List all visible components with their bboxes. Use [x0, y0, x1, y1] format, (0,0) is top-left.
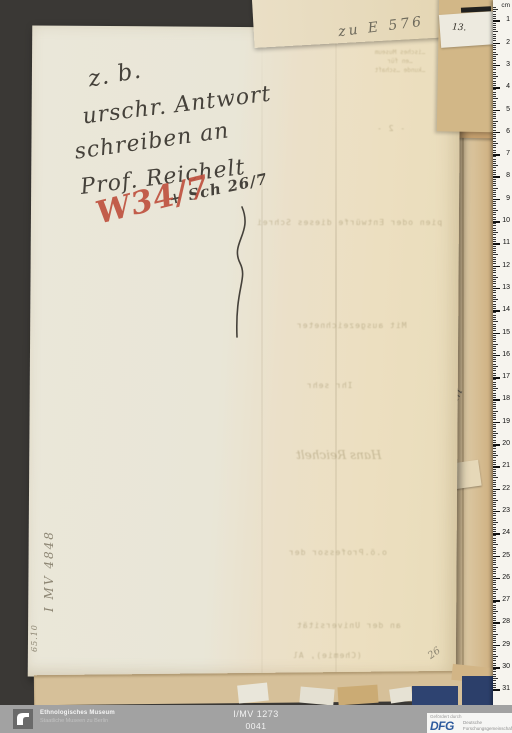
ruler-tick: [493, 190, 496, 191]
ruler-tick: [493, 500, 498, 501]
ruler-tick: [493, 589, 498, 590]
ruler-tick: [493, 680, 496, 681]
ruler-tick: [493, 188, 498, 189]
ruler-tick: [493, 551, 496, 552]
ruler-tick: [493, 147, 496, 148]
ruler-tick: [493, 569, 496, 570]
side-small-number: 65.10: [30, 624, 39, 652]
ruler-tick: [493, 105, 496, 106]
ruler-tick: [493, 428, 496, 429]
ruler-tick: [493, 361, 496, 362]
ruler-tick: [493, 406, 496, 407]
ruler-tick: [493, 304, 496, 305]
ruler-tick: [493, 263, 496, 264]
ruler-tick: [493, 339, 496, 340]
ruler-tick: [493, 669, 496, 670]
ruler-tick: [493, 435, 496, 436]
ruler-tick: [493, 250, 496, 251]
ruler-tick: [493, 103, 496, 104]
ruler-tick: [493, 196, 496, 197]
ruler-tick: [493, 179, 496, 180]
bleedthrough-signature: Hans Reichelt: [296, 448, 382, 462]
ruler-tick: [493, 237, 496, 238]
ruler-number: 23: [502, 507, 510, 515]
ruler-tick: [493, 326, 496, 327]
ruler-tick: [493, 98, 498, 99]
ruler-number: 24: [502, 529, 510, 537]
bottom-tan-piece: [337, 685, 378, 706]
ruler-tick: [493, 58, 496, 59]
ruler-tick: [493, 246, 496, 247]
ruler-tick: [493, 96, 496, 97]
ruler-tick: [493, 558, 496, 559]
ruler-tick: [493, 167, 496, 168]
ruler-tick: [493, 67, 496, 68]
ruler-tick: [493, 368, 496, 369]
ruler-tick: [493, 464, 496, 465]
bleedthrough-line: (Chemie), Al: [292, 651, 362, 660]
white-paper-scrap: [439, 11, 497, 48]
ruler-tick: [493, 411, 498, 412]
ruler-tick: [493, 174, 496, 175]
ruler-tick: [493, 301, 496, 302]
ruler-number: 25: [502, 552, 510, 560]
ruler-tick: [493, 584, 496, 585]
ruler-tick: [493, 631, 496, 632]
bleedthrough-line: pien oder Entwürfe dieses Schrei: [256, 218, 442, 227]
ruler-number: 4: [506, 83, 510, 91]
ruler-tick: [493, 462, 496, 463]
ruler: cm 1234567891011121314151617181920212223…: [493, 0, 512, 733]
ruler-tick: [493, 634, 498, 635]
ruler-tick: [493, 453, 496, 454]
ruler-tick: [493, 660, 496, 661]
ruler-tick: [493, 299, 498, 300]
ruler-tick: [493, 689, 500, 691]
ruler-tick: [493, 317, 496, 318]
bleedthrough-line: Mit ausgezeichneter: [296, 321, 407, 330]
ruler-tick: [493, 607, 496, 608]
ruler-number: 31: [502, 685, 510, 693]
ruler-tick: [493, 502, 496, 503]
ruler-tick: [493, 290, 496, 291]
ruler-tick: [493, 495, 496, 496]
ruler-tick: [493, 685, 496, 686]
ruler-tick: [493, 564, 496, 565]
ruler-tick: [493, 616, 496, 617]
ruler-tick: [493, 520, 496, 521]
ruler-tick: [493, 272, 496, 273]
bottom-white-piece: [299, 687, 334, 706]
ruler-tick: [493, 366, 498, 367]
ruler-tick: [493, 286, 496, 287]
ruler-tick: [493, 208, 496, 209]
ruler-tick: [493, 11, 496, 12]
ruler-tick: [493, 560, 496, 561]
ruler-tick: [493, 529, 496, 530]
ruler-tick: [493, 232, 498, 233]
ruler-tick: [493, 671, 496, 672]
ruler-number: 16: [502, 351, 510, 359]
ruler-tick: [493, 535, 496, 536]
ruler-tick: [493, 337, 496, 338]
ruler-tick: [493, 101, 496, 102]
ruler-tick: [493, 161, 496, 162]
ruler-tick: [493, 567, 498, 568]
ruler-tick: [493, 306, 496, 307]
ruler-tick: [493, 446, 496, 447]
ruler-tick: [493, 540, 496, 541]
ruler-tick: [493, 408, 496, 409]
ruler-tick: [493, 433, 498, 434]
ruler-tick: [493, 192, 496, 193]
ink-flourish: [226, 205, 258, 343]
ruler-tick: [493, 348, 496, 349]
footer-bar: Ethnologisches Museum Staatliche Museen …: [0, 705, 512, 733]
ruler-tick: [493, 52, 496, 53]
ruler-tick: [493, 642, 496, 643]
ruler-tick: [493, 225, 496, 226]
archival-scan: Rein …isches Museum …en für …kunde …scha…: [0, 0, 512, 733]
ruler-tick: [493, 18, 496, 19]
ruler-tick: [493, 582, 496, 583]
ruler-tick: [493, 257, 496, 258]
ruler-tick: [493, 56, 496, 57]
ruler-tick: [493, 353, 496, 354]
ruler-number: 13: [502, 284, 510, 292]
ruler-tick: [493, 165, 498, 166]
ruler-tick: [493, 16, 496, 17]
ruler-tick: [493, 172, 496, 173]
ruler-tick: [493, 134, 496, 135]
ruler-tick: [493, 384, 496, 385]
bleedthrough-line: an der Universität: [296, 621, 401, 630]
ruler-tick: [493, 127, 496, 128]
ruler-number: 12: [502, 262, 510, 270]
ruler-tick: [493, 94, 496, 95]
ruler-tick: [493, 279, 496, 280]
ruler-number: 20: [502, 440, 510, 448]
ruler-tick: [493, 74, 496, 75]
ruler-tick: [493, 241, 496, 242]
ruler-tick: [493, 636, 496, 637]
ruler-tick: [493, 194, 496, 195]
ruler-tick: [493, 618, 496, 619]
ruler-tick: [493, 223, 496, 224]
ruler-tick: [493, 683, 496, 684]
ruler-tick: [493, 217, 496, 218]
ruler-tick: [493, 69, 496, 70]
ruler-tick: [493, 268, 496, 269]
ruler-tick: [493, 350, 496, 351]
ruler-tick: [493, 426, 496, 427]
ruler-tick: [493, 40, 496, 41]
ruler-tick: [493, 513, 496, 514]
ruler-unit-label: cm: [501, 2, 510, 9]
ruler-tick: [493, 484, 496, 485]
ruler-tick: [493, 14, 496, 15]
ruler-tick: [493, 130, 496, 131]
ruler-tick: [493, 598, 496, 599]
ruler-tick: [493, 248, 496, 249]
ruler-tick: [493, 270, 496, 271]
ruler-tick: [493, 509, 496, 510]
ruler-tick: [493, 261, 496, 262]
ruler-tick: [493, 477, 498, 478]
bleedthrough-line: o.ö.Professor der: [288, 548, 387, 557]
ruler-tick: [493, 651, 496, 652]
dfg-acronym: DFG: [430, 719, 454, 733]
ruler-tick: [493, 156, 496, 157]
ruler-tick: [493, 640, 496, 641]
ruler-tick: [493, 107, 496, 108]
ruler-tick: [493, 486, 496, 487]
ruler-tick: [493, 527, 496, 528]
ruler-tick: [493, 504, 496, 505]
ruler-tick: [493, 159, 496, 160]
ruler-tick: [493, 183, 496, 184]
ruler-tick: [493, 210, 498, 211]
ruler-tick: [493, 373, 496, 374]
ruler-tick: [493, 359, 496, 360]
ruler-tick: [493, 125, 496, 126]
ruler-tick: [493, 638, 496, 639]
ruler-tick: [493, 591, 496, 592]
ruler-tick: [493, 112, 496, 113]
ruler-tick: [493, 181, 496, 182]
ruler-tick: [493, 364, 496, 365]
ruler-tick: [493, 49, 496, 50]
ruler-tick: [493, 649, 496, 650]
ruler-tick: [493, 76, 498, 77]
ruler-tick: [493, 415, 496, 416]
ruler-tick: [493, 627, 496, 628]
ruler-tick: [493, 440, 496, 441]
ruler-tick: [493, 319, 496, 320]
ruler-tick: [493, 482, 496, 483]
ruler-tick: [493, 219, 496, 220]
ruler-tick: [493, 145, 496, 146]
ruler-tick: [493, 281, 496, 282]
ruler-tick: [493, 573, 496, 574]
ruler-tick: [493, 629, 496, 630]
ruler-tick: [493, 620, 496, 621]
ruler-tick: [493, 498, 496, 499]
ruler-number: 22: [502, 485, 510, 493]
ruler-number: 5: [506, 106, 510, 114]
ruler-tick: [493, 346, 496, 347]
ruler-tick: [493, 625, 496, 626]
ruler-tick: [493, 393, 496, 394]
ruler-tick: [493, 531, 496, 532]
ruler-tick: [493, 185, 496, 186]
ruler-tick: [493, 234, 496, 235]
ruler-tick: [493, 321, 498, 322]
ruler-number: 6: [506, 128, 510, 136]
ruler-tick: [493, 388, 498, 389]
ruler-tick: [493, 404, 496, 405]
ruler-tick: [493, 596, 496, 597]
ruler-tick: [493, 25, 496, 26]
ruler-tick: [493, 379, 496, 380]
ruler-tick: [493, 663, 496, 664]
ruler-tick: [493, 654, 496, 655]
ruler-tick: [493, 395, 496, 396]
ruler-tick: [493, 549, 496, 550]
ruler-tick: [493, 239, 496, 240]
ruler-tick: [493, 571, 496, 572]
ruler-tick: [493, 118, 496, 119]
ruler-tick: [493, 544, 498, 545]
dfg-logo: Gefördert durch DFG Deutsche Forschungsg…: [427, 713, 512, 733]
bleedthrough-page-number: - 2 -: [376, 124, 405, 133]
ruler-tick: [493, 402, 496, 403]
ruler-tick: [493, 656, 498, 657]
ruler-tick: [493, 81, 496, 82]
ruler-tick: [493, 587, 496, 588]
ruler-number: 17: [502, 373, 510, 381]
ruler-tick: [493, 54, 498, 55]
ruler-tick: [493, 214, 496, 215]
ruler-number: 28: [502, 618, 510, 626]
funder-name-line2: Forschungsgemeinschaft: [463, 726, 512, 731]
ruler-tick: [493, 469, 496, 470]
ruler-tick: [493, 297, 496, 298]
ruler-tick: [493, 524, 496, 525]
ruler-tick: [493, 431, 496, 432]
ruler-tick: [493, 72, 496, 73]
ruler-tick: [493, 382, 496, 383]
ruler-tick: [493, 437, 496, 438]
ruler-tick: [493, 143, 498, 144]
ruler-number: 18: [502, 395, 510, 403]
ruler-tick: [493, 613, 496, 614]
ruler-tick: [493, 212, 496, 213]
ruler-tick: [493, 23, 496, 24]
ruler-tick: [493, 515, 496, 516]
ruler-tick: [493, 448, 496, 449]
ruler-tick: [493, 328, 496, 329]
ruler-tick: [493, 315, 496, 316]
ruler-tick: [493, 150, 496, 151]
ruler-tick: [493, 493, 496, 494]
ruler-number: 21: [502, 462, 510, 470]
ruler-tick: [493, 114, 496, 115]
ruler-tick: [493, 31, 498, 32]
ruler-tick: [493, 230, 496, 231]
ruler-tick: [493, 9, 498, 10]
ruler-tick: [493, 228, 496, 229]
ruler-tick: [493, 259, 496, 260]
ruler-tick: [493, 580, 496, 581]
ruler-tick: [493, 602, 496, 603]
ruler-tick: [493, 163, 496, 164]
ruler-tick: [493, 593, 496, 594]
ruler-tick: [493, 562, 496, 563]
side-inventory-number: I MV 4848: [42, 530, 56, 612]
ruler-number: 15: [502, 329, 510, 337]
ruler-tick: [493, 413, 496, 414]
ruler-tick: [493, 658, 496, 659]
ruler-number: 30: [502, 663, 510, 671]
ruler-tick: [493, 152, 496, 153]
ruler-number: 27: [502, 596, 510, 604]
ruler-tick: [493, 45, 496, 46]
ruler-tick: [493, 451, 496, 452]
ruler-tick: [493, 121, 498, 122]
ruler-number: 26: [502, 574, 510, 582]
funder-name-line1: Deutsche: [463, 720, 482, 725]
ruler-number: 7: [506, 150, 510, 158]
page-fold-crease: [335, 27, 337, 677]
tab-number: 13.: [452, 23, 467, 34]
ruler-tick: [493, 292, 496, 293]
ruler-number: 8: [506, 172, 510, 180]
ruler-tick: [493, 576, 496, 577]
ruler-tick: [493, 205, 496, 206]
ruler-tick: [493, 357, 496, 358]
ruler-tick: [493, 170, 496, 171]
ruler-number: 3: [506, 61, 510, 69]
ruler-tick: [493, 542, 496, 543]
ruler-tick: [493, 141, 496, 142]
ruler-tick: [493, 473, 496, 474]
ruler-tick: [493, 78, 496, 79]
ruler-tick: [493, 460, 496, 461]
ruler-number: 1: [506, 16, 510, 24]
ruler-tick: [493, 277, 498, 278]
ruler-tick: [493, 480, 496, 481]
ruler-tick: [493, 455, 498, 456]
ruler-tick: [493, 330, 496, 331]
ruler-tick: [493, 687, 496, 688]
ruler-tick: [493, 475, 496, 476]
ruler-tick: [493, 457, 496, 458]
page-crease: [261, 27, 263, 677]
ruler-tick: [493, 295, 496, 296]
ruler-tick: [493, 375, 496, 376]
ruler-tick: [493, 123, 496, 124]
ruler-tick: [493, 397, 496, 398]
ruler-tick: [493, 47, 496, 48]
ruler-tick: [493, 665, 496, 666]
ruler-tick: [493, 63, 496, 64]
ruler-tick: [493, 611, 498, 612]
ruler-tick: [493, 386, 496, 387]
ruler-tick: [493, 605, 496, 606]
ruler-tick: [493, 138, 496, 139]
ruler-tick: [493, 89, 496, 90]
ruler-tick: [493, 547, 496, 548]
ruler-tick: [493, 38, 496, 39]
ruler-tick: [493, 553, 496, 554]
ruler-tick: [493, 370, 496, 371]
ruler-tick: [493, 7, 496, 8]
ruler-number: 2: [506, 39, 510, 47]
ruler-tick: [493, 252, 496, 253]
ruler-tick: [493, 27, 496, 28]
ruler-tick: [493, 390, 496, 391]
ruler-tick: [493, 60, 496, 61]
ruler-tick: [493, 609, 496, 610]
navy-cover-piece: [412, 686, 458, 705]
bleedthrough-line: Ihr sehr: [306, 381, 353, 390]
ruler-tick: [493, 518, 496, 519]
ruler-tick: [493, 647, 496, 648]
ruler-number: 19: [502, 418, 510, 426]
ruler-tick: [493, 491, 496, 492]
ruler-tick: [493, 442, 496, 443]
